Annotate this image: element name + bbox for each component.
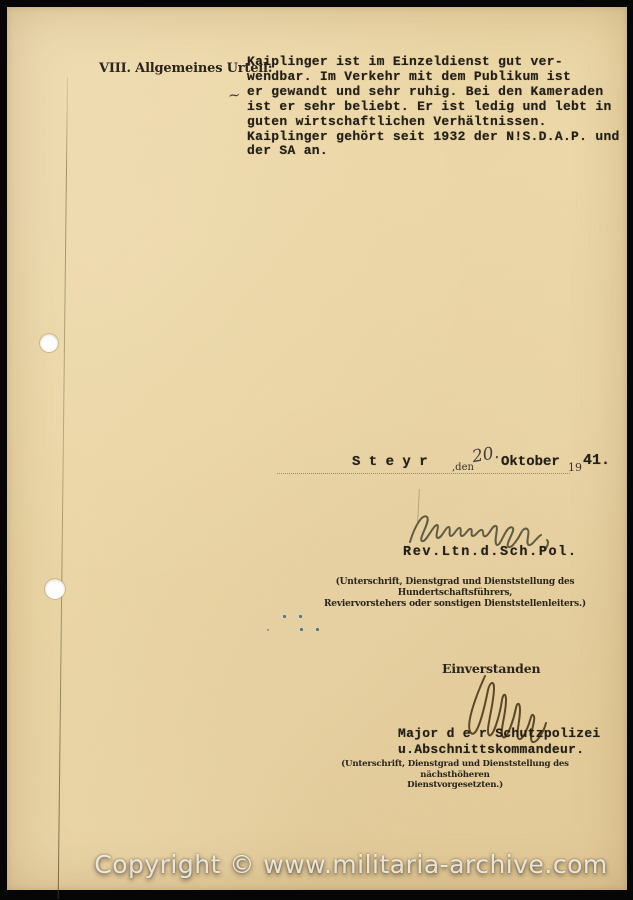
punch-hole-top [40,334,58,352]
date-preprinted-year: 19 [568,461,582,474]
paper-fold-crease [58,77,68,899]
ink-speck [299,615,302,618]
approver-rank-line1: Major d e r Schutzpolizei [398,726,601,741]
ink-speck [316,628,319,631]
signature-caption-approval: (Unterschrift, Dienstgrad und Dienststel… [320,759,590,791]
ink-speck [267,629,269,631]
approver-rank-lines: Major d e r Schutzpolizei u.Abschnittsko… [398,726,601,758]
handwritten-margin-mark: ~ [227,85,241,104]
ink-speck [300,628,303,631]
approver-rank-line2: u.Abschnittskommandeur. [398,742,584,757]
assessment-text: Kaiplinger ist im Einzeldienst gut ver- … [247,55,620,159]
scanned-document-photo: VIII. Allgemeines Urteil: ~ Kaiplinger i… [0,0,633,900]
date-preprinted-den: ,den [452,462,474,473]
ink-speck [283,615,286,618]
signer-rank-line: Rev.Ltn.d.Sch.Pol. [403,545,578,560]
watermark-text: Copyright © www.militaria-archive.com [94,850,608,879]
date-typed-year: 41. [583,452,610,469]
signature-caption-first: (Unterschrift, Dienstgrad und Dienststel… [295,577,615,610]
date-city: S t e y r [352,454,428,470]
punch-hole-bottom [45,579,65,599]
date-month: Oktober [501,454,560,470]
